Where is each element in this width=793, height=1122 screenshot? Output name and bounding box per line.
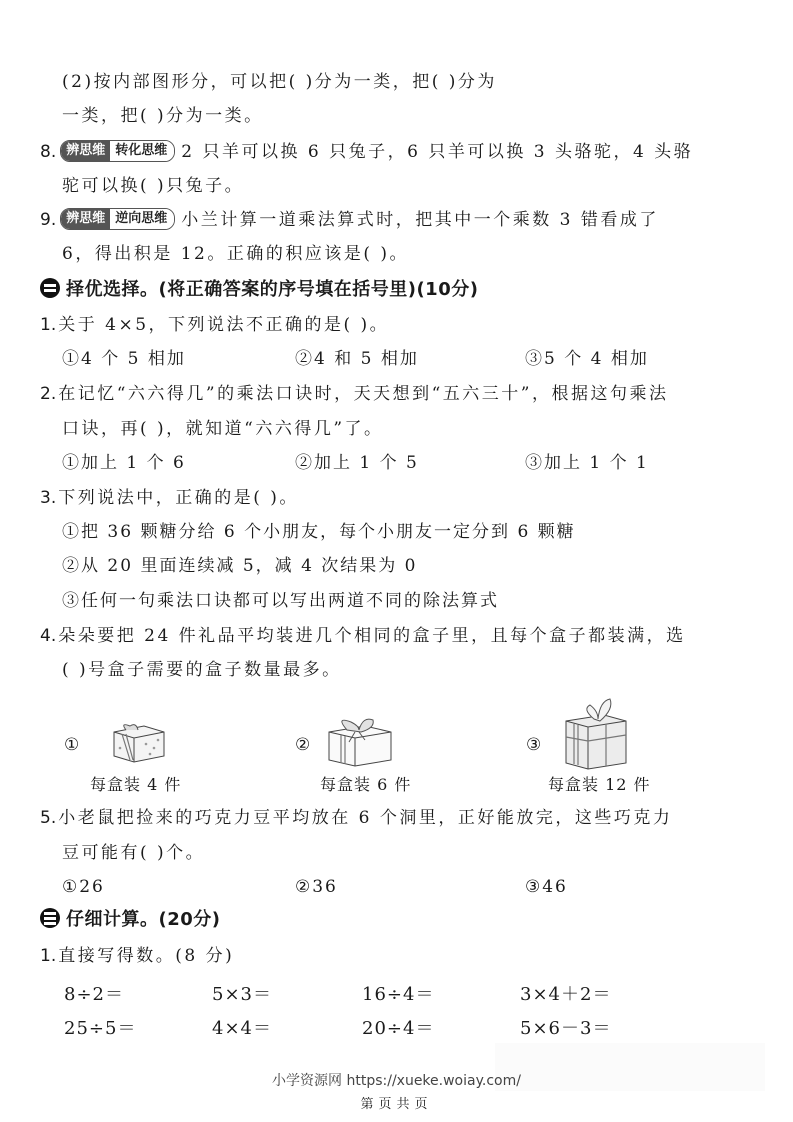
section-title: 择优选择。(将正确答案的序号填在括号里)(10分) [66, 279, 478, 300]
thinking-tag: 辨思维转化思维 [60, 140, 175, 162]
section-2-heading: 择优选择。(将正确答案的序号填在括号里)(10分) [40, 278, 478, 302]
calc-problem: 4×4＝ [212, 1014, 272, 1040]
thinking-tag: 辨思维逆向思维 [60, 208, 175, 230]
gift-box-medium-icon [325, 712, 395, 768]
s2-question-4-line2: ( )号盒子需要的盒子数量最多。 [62, 658, 342, 682]
tag-label-secondary: 转化思维 [110, 141, 174, 161]
calc-problem: 16÷4＝ [362, 980, 434, 1006]
question-text: 2 只羊可以换 6 只兔子，6 只羊可以换 3 头骆驼，4 头骆 [181, 142, 693, 162]
question-number: 8. [40, 142, 56, 162]
calc-problem: 3×4＋2＝ [520, 980, 611, 1006]
option-1: ①把 36 颗糖分给 6 个小朋友，每个小朋友一定分到 6 颗糖 [62, 520, 576, 544]
option-1: ①加上 1 个 6 [62, 451, 186, 475]
question-text: 在记忆“六六得几”的乘法口诀时，天天想到“五六三十”，根据这句乘法 [58, 384, 668, 404]
gift-caption-3: 每盒装 12 件 [548, 772, 651, 795]
option-2: ②4 和 5 相加 [295, 347, 419, 371]
s2-question-4-line1: 4.朵朵要把 24 件礼品平均装进几个相同的盒子里，且每个盒子都装满，选 [40, 624, 686, 648]
section-title: 仔细计算。(20分) [66, 909, 221, 930]
s2-question-2-line2: 口诀，再( )，就知道“六六得几”了。 [62, 417, 384, 441]
footer-url: 小学资源网 https://xueke.woiay.com/ [0, 1070, 793, 1090]
section-3-heading: 仔细计算。(20分) [40, 908, 221, 932]
option-1: ①26 [62, 875, 105, 899]
gift-marker-1: ① [64, 733, 81, 757]
question-text: 小老鼠把捡来的巧克力豆平均放在 6 个洞里，正好能放完，这些巧克力 [58, 808, 672, 828]
question-number: 1. [40, 315, 56, 335]
question-number: 3. [40, 488, 56, 508]
calc-problem: 5×3＝ [212, 980, 272, 1006]
question-number: 9. [40, 210, 56, 230]
section-number-three-icon [40, 908, 60, 928]
gift-box-large-icon [560, 697, 632, 771]
tag-label-secondary: 逆向思维 [110, 209, 174, 229]
option-3: ③5 个 4 相加 [525, 347, 649, 371]
question-number: 4. [40, 626, 56, 646]
calc-problem: 25÷5＝ [64, 1014, 136, 1040]
tag-label-primary: 辨思维 [61, 141, 110, 161]
gift-caption-1: 每盒装 4 件 [90, 772, 181, 795]
s2-question-5-line1: 5.小老鼠把捡来的巧克力豆平均放在 6 个洞里，正好能放完，这些巧克力 [40, 806, 672, 830]
question-text: 直接写得数。(8 分) [58, 946, 234, 966]
question-number: 1. [40, 946, 56, 966]
question-text: 朵朵要把 24 件礼品平均装进几个相同的盒子里，且每个盒子都装满，选 [58, 626, 685, 646]
s2-question-2-line1: 2.在记忆“六六得几”的乘法口诀时，天天想到“五六三十”，根据这句乘法 [40, 382, 669, 406]
option-2: ②从 20 里面连续减 5，减 4 次结果为 0 [62, 554, 418, 578]
question-number: 2. [40, 384, 56, 404]
s3-question-1: 1.直接写得数。(8 分) [40, 944, 234, 968]
s2-question-3: 3.下列说法中，正确的是( )。 [40, 486, 299, 510]
question-text: 小兰计算一道乘法算式时，把其中一个乘数 3 错看成了 [181, 210, 659, 230]
gift-marker-3: ③ [526, 733, 543, 757]
question-9-line1: 9.辨思维逆向思维小兰计算一道乘法算式时，把其中一个乘数 3 错看成了 [40, 208, 659, 232]
option-2: ②36 [295, 875, 338, 899]
section-number-two-icon [40, 278, 60, 298]
option-3: ③46 [525, 875, 568, 899]
question-text: 关于 4×5，下列说法不正确的是( )。 [58, 315, 389, 335]
option-3: ③任何一句乘法口诀都可以写出两道不同的除法算式 [62, 589, 499, 613]
question-number: 5. [40, 808, 56, 828]
gift-box-small-icon [108, 718, 170, 764]
calc-problem: 20÷4＝ [362, 1014, 434, 1040]
q7-part2-line2: 一类，把( )分为一类。 [62, 104, 264, 128]
question-text: 下列说法中，正确的是( )。 [58, 488, 299, 508]
question-9-line2: 6，得出积是 12。正确的积应该是( )。 [62, 242, 409, 266]
option-3: ③加上 1 个 1 [525, 451, 649, 475]
question-8-line1: 8.辨思维转化思维2 只羊可以换 6 只兔子，6 只羊可以换 3 头骆驼，4 头… [40, 140, 693, 164]
option-1: ①4 个 5 相加 [62, 347, 186, 371]
gift-caption-2: 每盒装 6 件 [320, 772, 411, 795]
gift-marker-2: ② [295, 733, 312, 757]
question-8-line2: 驼可以换( )只兔子。 [62, 174, 244, 198]
calc-problem: 8÷2＝ [64, 980, 124, 1006]
s2-question-1: 1.关于 4×5，下列说法不正确的是( )。 [40, 313, 389, 337]
option-2: ②加上 1 个 5 [295, 451, 419, 475]
tag-label-primary: 辨思维 [61, 209, 110, 229]
footer-page-number: 第页共页 [0, 1093, 793, 1112]
calc-problem: 5×6－3＝ [520, 1014, 611, 1040]
s2-question-5-line2: 豆可能有( )个。 [62, 841, 205, 865]
q7-part2-line1: (2)按内部图形分，可以把( )分为一类，把( )分为 [62, 70, 497, 94]
